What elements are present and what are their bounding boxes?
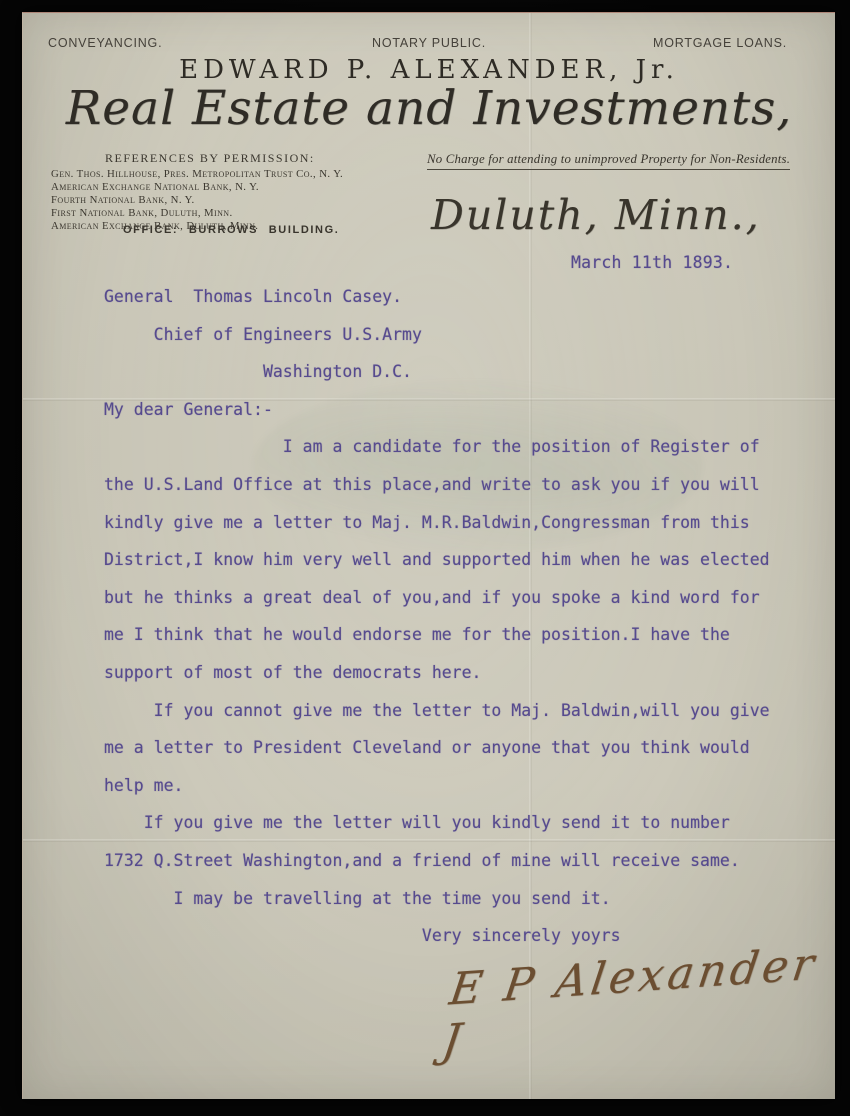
typed-line: the U.S.Land Office at this place,and wr… [104, 466, 770, 504]
typed-line: I am a candidate for the position of Reg… [104, 428, 770, 466]
typed-line: If you give me the letter will you kindl… [104, 804, 770, 842]
letter-body: General Thomas Lincoln Casey. Chief of E… [104, 278, 770, 955]
typed-line: but he thinks a great deal of you,and if… [104, 579, 770, 617]
typed-line: If you cannot give me the letter to Maj.… [104, 692, 770, 730]
typed-line: I may be travelling at the time you send… [104, 880, 770, 918]
service-label-notary: NOTARY PUBLIC. [372, 36, 486, 50]
dateline-place: Duluth, Minn., [431, 191, 761, 239]
service-label-mortgage: MORTGAGE LOANS. [653, 36, 787, 50]
no-charge-notice: No Charge for attending to unimproved Pr… [427, 152, 790, 170]
letter-page: CONVEYANCING. NOTARY PUBLIC. MORTGAGE LO… [22, 12, 835, 1099]
typed-line: me I think that he would endorse me for … [104, 616, 770, 654]
references-heading: REFERENCES BY PERMISSION: [105, 151, 315, 166]
typed-line: kindly give me a letter to Maj. M.R.Bald… [104, 504, 770, 542]
handwritten-signature: E P Alexander J [439, 937, 843, 1067]
typed-line: Chief of Engineers U.S.Army [104, 316, 770, 354]
reference-line: Fourth National Bank, N. Y. [51, 194, 343, 207]
typed-line: support of most of the democrats here. [104, 654, 770, 692]
typed-line: help me. [104, 767, 770, 805]
letterhead-business-line: Real Estate and Investments, [23, 81, 835, 136]
typed-line: 1732 Q.Street Washington,and a friend of… [104, 842, 770, 880]
references-list: Gen. Thos. Hillhouse, Pres. Metropolitan… [51, 168, 343, 233]
dateline-date: March 11th 1893. [571, 253, 733, 272]
reference-line: First National Bank, Duluth, Minn. [51, 207, 343, 220]
reference-line: Gen. Thos. Hillhouse, Pres. Metropolitan… [51, 168, 343, 181]
reference-line: American Exchange National Bank, N. Y. [51, 181, 343, 194]
typed-line: District,I know him very well and suppor… [104, 541, 770, 579]
office-line: OFFICE: BURROWS BUILDING. [123, 224, 339, 236]
typed-line: General Thomas Lincoln Casey. [104, 278, 770, 316]
photo-background: CONVEYANCING. NOTARY PUBLIC. MORTGAGE LO… [0, 0, 850, 1116]
typed-line: me a letter to President Cleveland or an… [104, 729, 770, 767]
typed-line: Washington D.C. [104, 353, 770, 391]
service-label-conveyancing: CONVEYANCING. [48, 36, 162, 50]
typed-line: My dear General:- [104, 391, 770, 429]
